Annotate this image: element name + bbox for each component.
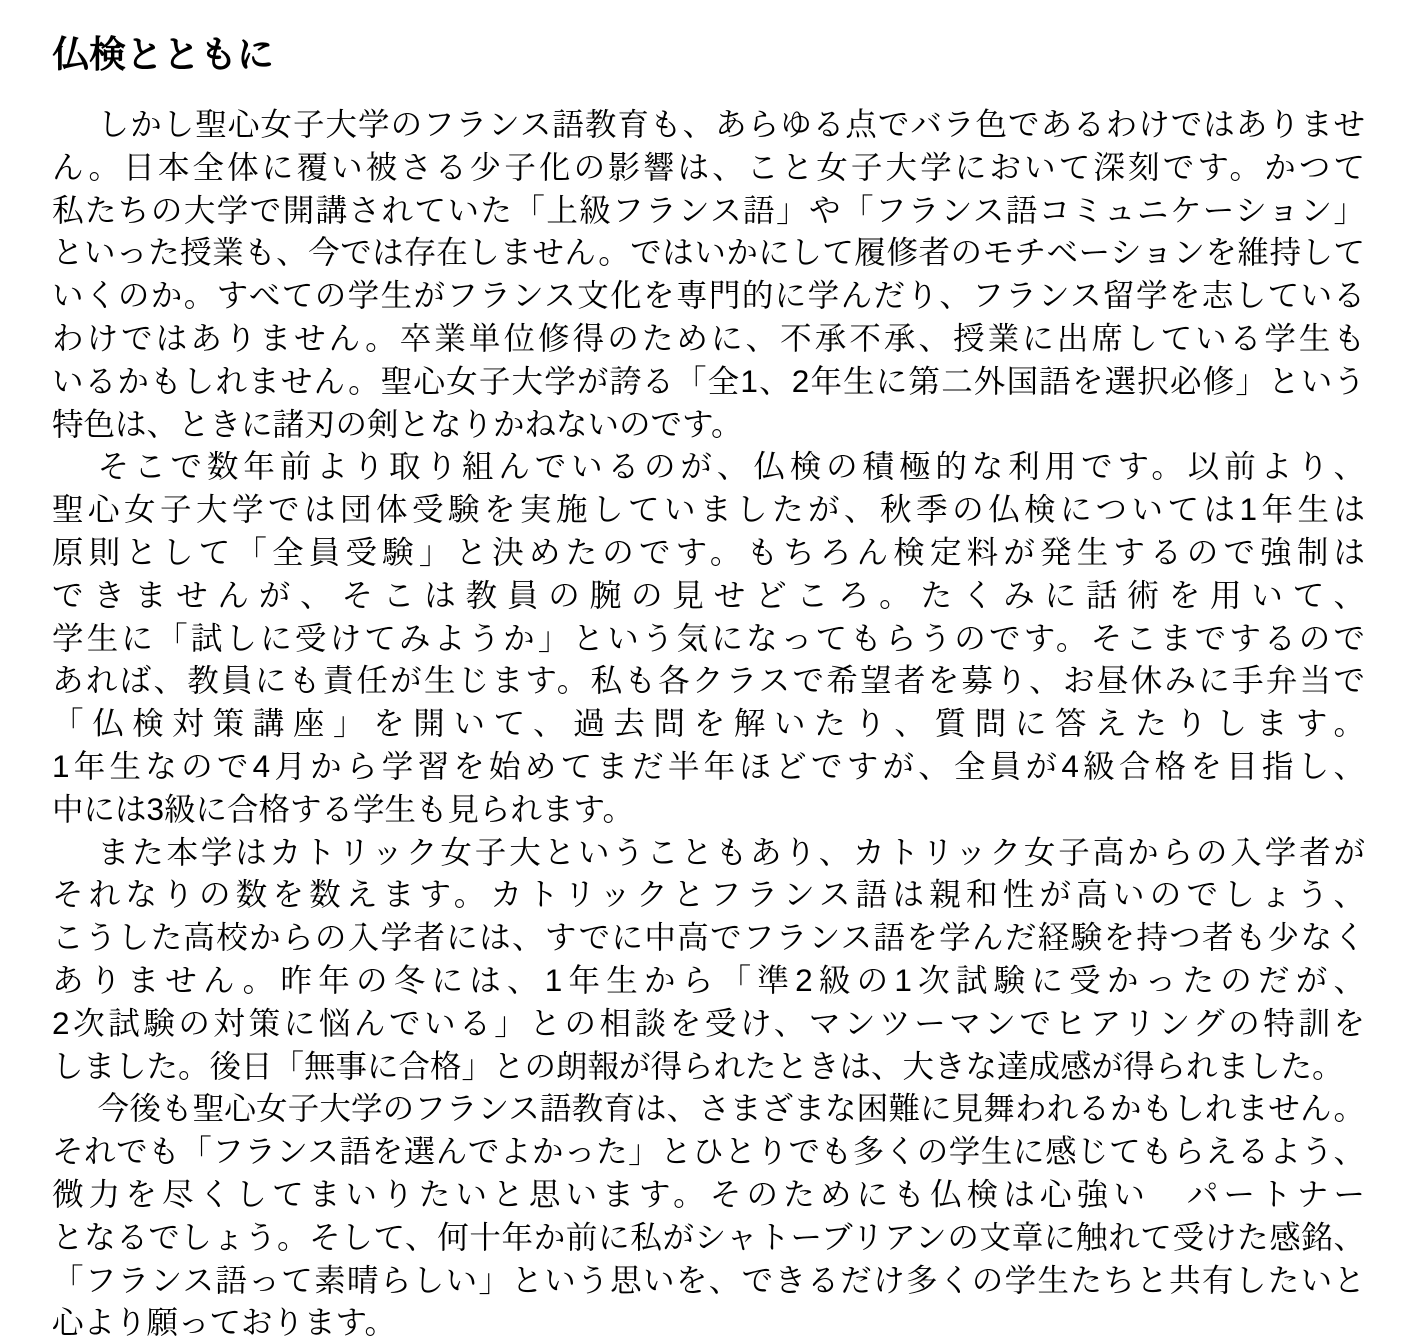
text-line: わけではありません。卒業単位修得のために、不承不承、授業に出席している学生も bbox=[52, 317, 1365, 360]
article: 仏検とともに しかし聖心女子大学のフランス語教育も、あらゆる点でバラ色であるわけ… bbox=[0, 0, 1414, 1343]
text-line: そこで数年前より取り組んでいるのが、仏検の積極的な利用です。以前より、 bbox=[52, 445, 1365, 488]
paragraph: しかし聖心女子大学のフランス語教育も、あらゆる点でバラ色であるわけではありません… bbox=[52, 103, 1365, 445]
text-line: 「仏検対策講座」を開いて、過去問を解いたり、質問に答えたりします。 bbox=[52, 702, 1365, 745]
paragraph: また本学はカトリック女子大ということもあり、カトリック女子高からの入学者がそれな… bbox=[52, 831, 1365, 1088]
text-line: 微力を尽くしてまいりたいと思います。そのためにも仏検は心強い パートナー bbox=[52, 1173, 1365, 1216]
text-line: しかし聖心女子大学のフランス語教育も、あらゆる点でバラ色であるわけではありませ bbox=[52, 103, 1365, 146]
text-line: 学生に「試しに受けてみようか」という気になってもらうのです。そこまでするので bbox=[52, 617, 1365, 660]
text-line: ありません。昨年の冬には、1年生から「準2級の1次試験に受かったのだが、 bbox=[52, 959, 1365, 1002]
text-line: あれば、教員にも責任が生じます。私も各クラスで希望者を募り、お昼休みに手弁当で bbox=[52, 659, 1365, 702]
text-line: 1年生なので4月から学習を始めてまだ半年ほどですが、全員が4級合格を目指し、 bbox=[52, 745, 1365, 788]
article-title: 仏検とともに bbox=[52, 33, 1365, 77]
paragraph: 今後も聖心女子大学のフランス語教育は、さまざまな困難に見舞われるかもしれません。… bbox=[52, 1087, 1365, 1343]
text-line: 2次試験の対策に悩んでいる」との相談を受け、マンツーマンでヒアリングの特訓を bbox=[52, 1002, 1365, 1045]
paragraph: そこで数年前より取り組んでいるのが、仏検の積極的な利用です。以前より、聖心女子大… bbox=[52, 445, 1365, 830]
text-line: いるかもしれません。聖心女子大学が誇る「全1、2年生に第二外国語を選択必修」とい… bbox=[52, 360, 1365, 403]
text-line: となるでしょう。そして、何十年か前に私がシャトーブリアンの文章に触れて受けた感銘… bbox=[52, 1216, 1365, 1259]
text-line: といった授業も、今では存在しません。ではいかにして履修者のモチベーションを維持し… bbox=[52, 231, 1365, 274]
text-line: 聖心女子大学では団体受験を実施していましたが、秋季の仏検については1年生は bbox=[52, 488, 1365, 531]
article-body: しかし聖心女子大学のフランス語教育も、あらゆる点でバラ色であるわけではありません… bbox=[52, 103, 1365, 1343]
text-line: こうした高校からの入学者には、すでに中高でフランス語を学んだ経験を持つ者も少なく bbox=[52, 916, 1365, 959]
text-line: できませんが、そこは教員の腕の見せどころ。たくみに話術を用いて、 bbox=[52, 574, 1365, 617]
text-line: 私たちの大学で開講されていた「上級フランス語」や「フランス語コミュニケーション」 bbox=[52, 189, 1365, 232]
text-line: 特色は、ときに諸刃の剣となりかねないのです。 bbox=[52, 403, 1365, 446]
text-line: いくのか。すべての学生がフランス文化を専門的に学んだり、フランス留学を志している bbox=[52, 274, 1365, 317]
text-line: 心より願っております。 bbox=[52, 1301, 1365, 1343]
text-line: 今後も聖心女子大学のフランス語教育は、さまざまな困難に見舞われるかもしれません。 bbox=[52, 1087, 1365, 1130]
text-line: ん。日本全体に覆い被さる少子化の影響は、こと女子大学において深刻です。かつて bbox=[52, 146, 1365, 189]
text-line: それでも「フランス語を選んでよかった」とひとりでも多くの学生に感じてもらえるよう… bbox=[52, 1130, 1365, 1173]
text-line: また本学はカトリック女子大ということもあり、カトリック女子高からの入学者が bbox=[52, 831, 1365, 874]
text-line: しました。後日「無事に合格」との朗報が得られたときは、大きな達成感が得られました… bbox=[52, 1045, 1365, 1088]
text-line: 中には3級に合格する学生も見られます。 bbox=[52, 788, 1365, 831]
text-line: 原則として「全員受験」と決めたのです。もちろん検定料が発生するので強制は bbox=[52, 531, 1365, 574]
text-line: 「フランス語って素晴らしい」という思いを、できるだけ多くの学生たちと共有したいと bbox=[52, 1259, 1365, 1302]
text-line: それなりの数を数えます。カトリックとフランス語は親和性が高いのでしょう、 bbox=[52, 873, 1365, 916]
page: { "colors": { "background": "#ffffff", "… bbox=[0, 0, 1414, 1343]
